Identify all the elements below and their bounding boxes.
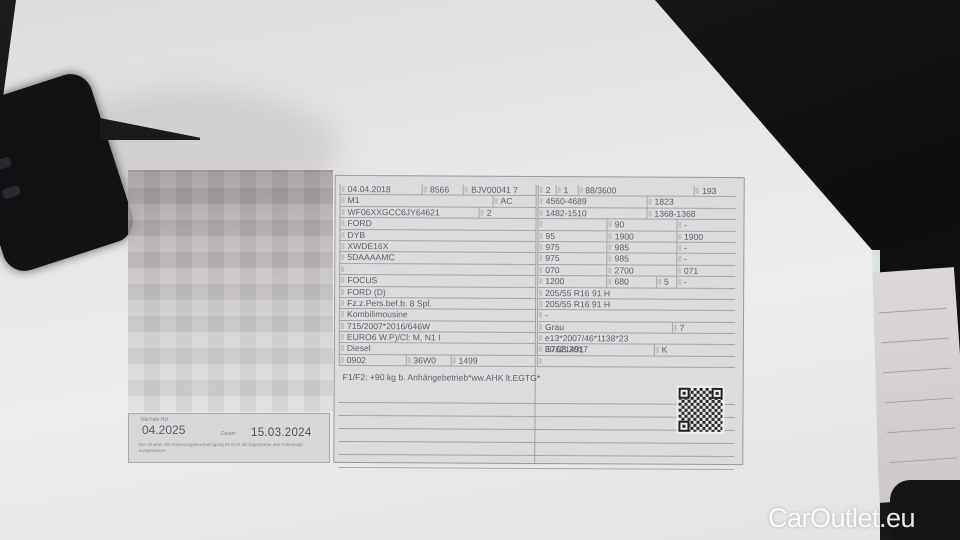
form-field: 95 bbox=[537, 231, 606, 242]
form-field: 071 bbox=[676, 265, 735, 276]
form-field: XWDE16X bbox=[339, 241, 535, 252]
watermark-logo: CarOutlet.eu bbox=[768, 503, 915, 534]
form-field: 4560-4689 bbox=[538, 196, 647, 207]
form-field: M1 bbox=[340, 195, 493, 206]
form-field: 04.04.2018 bbox=[340, 184, 422, 195]
form-field: 975 bbox=[537, 253, 606, 264]
qr-code-icon bbox=[676, 386, 724, 434]
form-field: DYB bbox=[339, 230, 535, 241]
form-field: 1900 bbox=[676, 231, 735, 242]
form-field: FORD bbox=[339, 218, 535, 229]
form-field: - bbox=[537, 310, 735, 321]
form-field: e13*2007/46*1138*23 bbox=[537, 333, 735, 344]
registration-form: 04.04.20188566BJV00041 7M1ACWF06XXGCC6JY… bbox=[333, 175, 745, 465]
form-field: FORD (D) bbox=[339, 286, 535, 297]
form-field: Diesel bbox=[339, 343, 535, 354]
form-field: 2 bbox=[538, 185, 556, 195]
form-field bbox=[537, 356, 735, 367]
form-field: - bbox=[676, 220, 735, 231]
form-field: 205/55 R16 91 H bbox=[537, 288, 735, 299]
form-field: 2 bbox=[479, 207, 536, 218]
form-field: 7 bbox=[672, 322, 735, 333]
form-field: 5DAAAAMC bbox=[339, 252, 535, 263]
form-field: 985 bbox=[607, 242, 676, 253]
form-field: EURO6 W.P)/Cl: M, N1 I bbox=[339, 332, 535, 343]
form-field: 36W0 bbox=[405, 355, 450, 366]
form-field: 2700 bbox=[607, 265, 676, 276]
form-field bbox=[339, 264, 535, 275]
form-field: 0902 bbox=[339, 355, 406, 366]
form-field: 1 bbox=[555, 185, 577, 196]
issue-date: 15.03.2024 bbox=[251, 427, 312, 439]
inspection-stamp: Nächste HU 04.2025 Datum 15.03.2024 Der … bbox=[128, 413, 330, 463]
form-field: 90 bbox=[607, 220, 676, 231]
form-field: - bbox=[676, 243, 735, 254]
form-field: 1482-1510 bbox=[538, 208, 647, 219]
form-field: Fz.z.Pers.bef.b. 8 Spl. bbox=[339, 298, 535, 309]
form-field: 205/55 R16 91 H bbox=[537, 299, 735, 310]
form-field: BJV00041 7 bbox=[463, 185, 536, 196]
form-field: - bbox=[676, 254, 735, 265]
form-field: 8566 bbox=[422, 184, 463, 195]
form-row: 090236W01499 bbox=[339, 355, 535, 367]
form-field: AC bbox=[492, 196, 535, 207]
blank-rows bbox=[338, 390, 734, 470]
form-field: 88/3600 bbox=[577, 185, 694, 196]
second-document bbox=[864, 267, 960, 503]
right-field-column: 2188/36001934560-468918231482-15101368-1… bbox=[537, 185, 736, 368]
form-field: 1900 bbox=[607, 231, 676, 242]
form-field: WF06XXGCC6JY64621 bbox=[340, 207, 479, 218]
form-row bbox=[537, 356, 735, 368]
left-field-column: 04.04.20188566BJV00041 7M1ACWF06XXGCC6JY… bbox=[339, 184, 536, 367]
form-field: 1200 bbox=[537, 276, 606, 287]
form-field: Grau bbox=[537, 322, 672, 333]
form-field: 193 bbox=[694, 186, 736, 197]
form-field: 1368-1368 bbox=[646, 208, 735, 219]
fine-print: Der Inhaber der Zulassungsbescheinigung … bbox=[139, 442, 319, 454]
form-field: 5 bbox=[656, 277, 676, 287]
remarks-line: F1/F2: +90 kg b. Anhängebetrieb*ww.AHK l… bbox=[343, 372, 541, 383]
form-field: 985 bbox=[607, 254, 676, 265]
form-field: 1499 bbox=[450, 355, 534, 366]
form-field: 070 bbox=[537, 265, 606, 276]
form-field bbox=[537, 219, 606, 230]
form-field: - bbox=[676, 277, 735, 288]
form-field: 975 bbox=[537, 242, 606, 253]
next-inspection-date: 04.2025 bbox=[142, 423, 185, 437]
form-field: 680 bbox=[606, 276, 656, 287]
form-field: Kombilimousine bbox=[339, 309, 535, 320]
date-label: Datum bbox=[221, 431, 236, 437]
form-field: FOCUS bbox=[339, 275, 535, 286]
form-field: E7621491 bbox=[537, 344, 735, 355]
form-field: 715/2007*2016/646W bbox=[339, 321, 535, 332]
form-field: 1823 bbox=[646, 197, 735, 208]
redacted-owner-data bbox=[128, 170, 333, 412]
